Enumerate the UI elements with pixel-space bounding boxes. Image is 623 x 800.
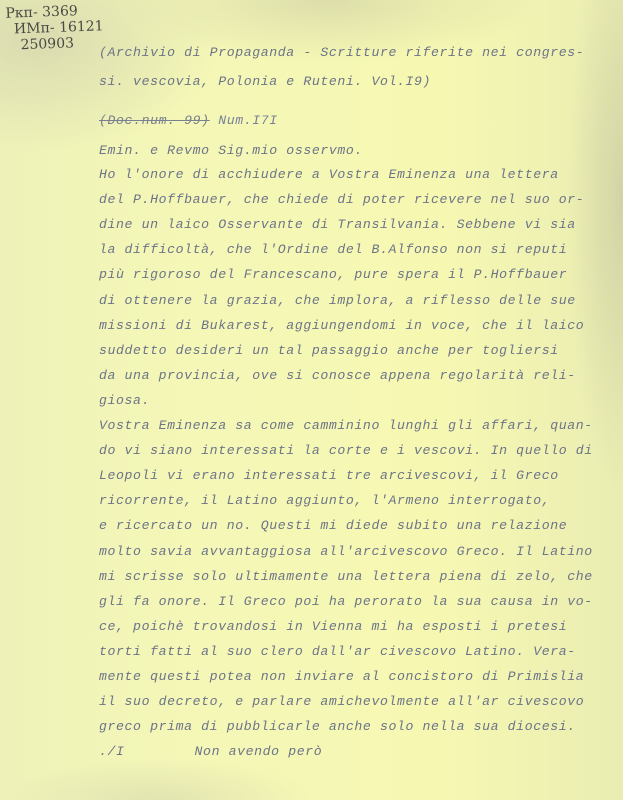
text-line: suddetto desideri un tal passaggio anche… <box>99 343 559 358</box>
text-line: il suo decreto, e parlare amichevolmente… <box>99 694 584 709</box>
page-footer: ./INon avendo però <box>99 744 322 759</box>
text-line: missioni di Bukarest, aggiungendomi in v… <box>99 318 584 333</box>
text-line: Vostra Eminenza sa come camminino lunghi… <box>99 418 593 433</box>
text-line: Ho l'onore di acchiudere a Vostra Eminen… <box>99 167 559 182</box>
text-line: greco prima di pubblicarle anche solo ne… <box>99 719 576 734</box>
text-line: molto savia avvantaggiosa all'arcivescov… <box>99 544 593 559</box>
text-line: do vi siano interessati la corte e i ves… <box>99 443 593 458</box>
catchword: Non avendo però <box>195 744 323 759</box>
text-line: mi scrisse solo ultimamente una lettera … <box>99 569 593 584</box>
text-line: dine un laico Osservante di Transilvania… <box>99 217 576 232</box>
header-line: si. vescovia, Polonia e Ruteni. Vol.I9) <box>99 74 431 89</box>
text-line: la difficoltà, che l'Ordine del B.Alfons… <box>99 242 567 257</box>
text-line: mente questi potea non inviare al concis… <box>99 669 584 684</box>
text-line: ricorrente, il Latino aggiunto, l'Armeno… <box>99 493 550 508</box>
document-reference: (Doc.num. 99) Num.I7I <box>99 113 278 128</box>
text-line: più rigoroso del Francescano, pure spera… <box>99 267 567 282</box>
text-line: e ricercato un no. Questi mi diede subit… <box>99 518 567 533</box>
text-line: ce, poichè trovandosi in Vienna mi ha es… <box>99 619 567 634</box>
salutation: Emin. e Revmo Sig.mio osservmo. <box>99 143 363 158</box>
text-line: gli fa onore. Il Greco poi ha perorato l… <box>99 594 593 609</box>
text-line: di ottenere la grazia, che implora, a ri… <box>99 293 576 308</box>
text-line: del P.Hoffbauer, che chiede di poter ric… <box>99 192 584 207</box>
page-marker: ./I <box>99 744 125 759</box>
text-line: torti fatti al suo clero dall'ar civesco… <box>99 644 576 659</box>
handwritten-note: 250903 <box>6 34 104 53</box>
struck-reference: (Doc.num. 99) <box>99 113 210 128</box>
handwritten-archive-notes: Pкп- 3369 ИМп- 16121 250903 <box>5 2 104 53</box>
document-number: Num.I7I <box>218 113 278 128</box>
text-line: Leopoli vi erano interessati tre arcives… <box>99 468 559 483</box>
text-line: da una provincia, ove si conosce appena … <box>99 368 576 383</box>
header-line: (Archivio di Propaganda - Scritture rife… <box>99 45 584 60</box>
text-line: giosa. <box>99 393 150 408</box>
handwritten-note: ИМп- 16121 <box>6 18 104 37</box>
